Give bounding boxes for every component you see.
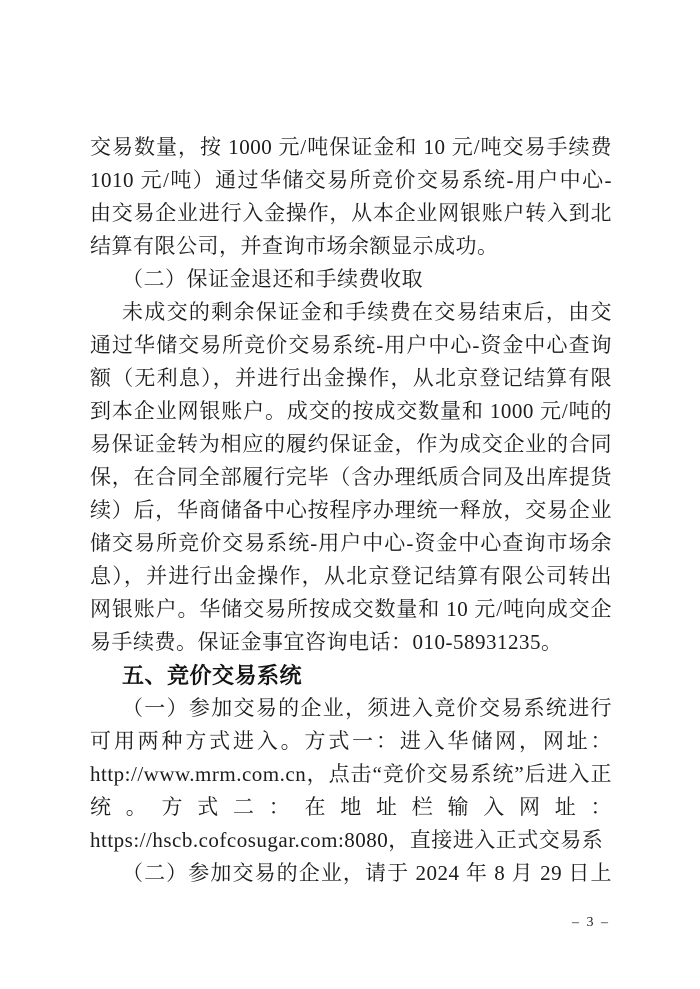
text-line: 1010 元/吨）通过华储交易所竞价交易系统-用户中心-资金中心 bbox=[90, 164, 612, 197]
text-line: 续）后，华商储备中心按程序办理统一释放，交易企业通过华 bbox=[90, 494, 612, 527]
text-line: 额（无利息），并进行出金操作，从北京登记结算有限公司转出 bbox=[90, 362, 612, 395]
text-line: 保，在合同全部履行完毕（含办理纸质合同及出库提货交接手 bbox=[90, 461, 612, 494]
text-line: 未成交的剩余保证金和手续费在交易结束后，由交易企业 bbox=[90, 296, 612, 329]
text-line: （一）参加交易的企业，须进入竞价交易系统进行交易， bbox=[90, 692, 612, 725]
text-line: 可用两种方式进入。方式一：进入华储网，网址： bbox=[90, 725, 612, 758]
text-line: 交易数量，按 1000 元/吨保证金和 10 元/吨交易手续费（合计 bbox=[90, 131, 612, 164]
text-line: 到本企业网银账户。成交的按成交数量和 1000 元/吨的标准由交 bbox=[90, 395, 612, 428]
text-line: 储交易所竞价交易系统-用户中心-资金中心查询市场余额（无利 bbox=[90, 527, 612, 560]
text-line: 网银账户。华储交易所按成交数量和 10 元/吨向成交企业收取交 bbox=[90, 593, 612, 626]
subsection-heading: （二）保证金退还和手续费收取 bbox=[90, 263, 612, 296]
section-heading: 五、竞价交易系统 bbox=[90, 659, 612, 692]
text-line: 息），并进行出金操作，从北京登记结算有限公司转出到本企业 bbox=[90, 560, 612, 593]
text-line: 结算有限公司，并查询市场余额显示成功。 bbox=[90, 230, 612, 263]
text-line: 由交易企业进行入金操作，从本企业网银账户转入到北京登记 bbox=[90, 197, 612, 230]
document-page: 交易数量，按 1000 元/吨保证金和 10 元/吨交易手续费（合计 1010 … bbox=[0, 0, 700, 989]
text-line: 易保证金转为相应的履约保证金，作为成交企业的合同履约担 bbox=[90, 428, 612, 461]
text-block: 交易数量，按 1000 元/吨保证金和 10 元/吨交易手续费（合计 1010 … bbox=[90, 131, 612, 890]
text-line-contact-phone: 易手续费。保证金事宜咨询电话：010-58931235。 bbox=[90, 626, 612, 659]
page-number: – 3 – bbox=[0, 913, 610, 933]
text-line: （二）参加交易的企业，请于 2024 年 8 月 29 日上午 bbox=[90, 857, 612, 890]
text-line-url-hscb: https://hscb.cofcosugar.com:8080，直接进入正式交… bbox=[90, 824, 612, 857]
text-line-url-mrm: http://www.mrm.com.cn，点击“竞价交易系统”后进入正式交易系 bbox=[90, 758, 612, 791]
text-line: 统。方式二：在地址栏输入网址： bbox=[90, 791, 612, 824]
text-line: 通过华储交易所竞价交易系统-用户中心-资金中心查询市场余 bbox=[90, 329, 612, 362]
